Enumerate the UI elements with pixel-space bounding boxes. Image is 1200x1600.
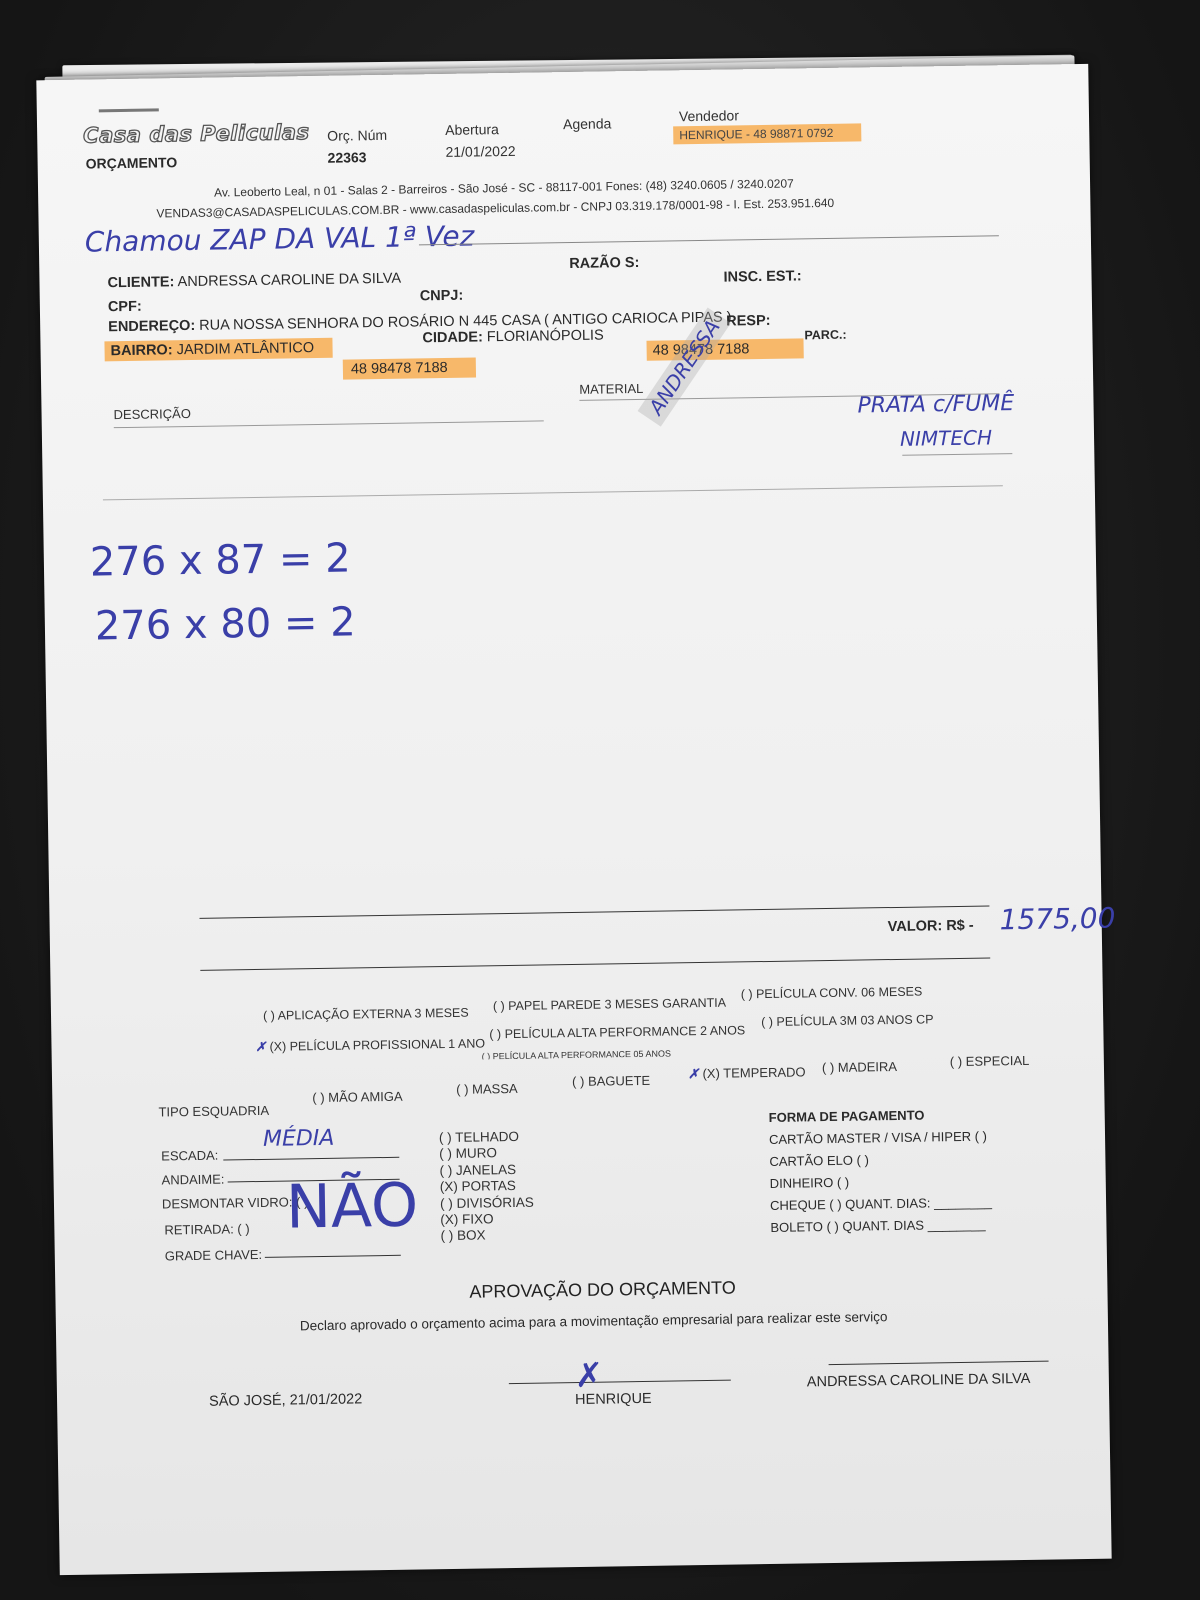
option-aplicacao-externa[interactable]: ( ) APLICAÇÃO EXTERNA 3 MESES: [263, 1006, 469, 1023]
measure-line-1: 276 x 87 = 2: [90, 535, 351, 585]
location-fixo[interactable]: (X) FIXO: [440, 1211, 534, 1229]
client-signature-line[interactable]: [829, 1361, 1049, 1365]
grade-chave-label: GRADE CHAVE:: [165, 1247, 263, 1264]
approval-title: APROVAÇÃO DO ORÇAMENTO: [469, 1278, 736, 1303]
esquadria-massa[interactable]: ( ) MASSA: [456, 1081, 518, 1097]
cidade-row: CIDADE: FLORIANÓPOLIS: [422, 327, 604, 346]
option-pelicula-alta-5-partial: ( ) PELÍCULA ALTA PERFORMANCE 05 ANOS: [482, 1049, 671, 1060]
option-pelicula-profissional[interactable]: ✗ (X) PELÍCULA PROFISSIONAL 1 ANO: [255, 1035, 485, 1054]
approval-declaration: Declaro aprovado o orçamento acima para …: [300, 1309, 888, 1333]
seller-signature-icon: ✗: [574, 1356, 603, 1396]
endereco-row: ENDEREÇO: RUA NOSSA SENHORA DO ROSÁRIO N…: [108, 309, 732, 335]
measure-line-2: 276 x 80 = 2: [95, 599, 356, 649]
valor-label: VALOR: R$ -: [888, 918, 974, 935]
escada-value: MÉDIA: [263, 1126, 335, 1152]
location-telhado[interactable]: ( ) TELHADO: [439, 1129, 533, 1147]
bairro-value: JARDIM ATLÂNTICO: [177, 340, 315, 358]
valor-line-top: [199, 905, 989, 918]
cliente-label: CLIENTE:: [107, 274, 174, 291]
doc-type: ORÇAMENTO: [86, 154, 178, 171]
abertura-date: 21/01/2022: [445, 143, 515, 160]
header-mark: [99, 108, 159, 112]
esquadria-especial[interactable]: ( ) ESPECIAL: [950, 1053, 1030, 1069]
company-address: Av. Leoberto Leal, n 01 - Salas 2 - Barr…: [214, 176, 794, 199]
retirada[interactable]: RETIRADA: ( ): [164, 1221, 249, 1237]
cpf-label: CPF:: [108, 299, 142, 316]
agenda-label: Agenda: [563, 115, 612, 132]
note-underline: [419, 235, 999, 245]
valor-amount: 1575,00: [999, 902, 1115, 937]
descricao-line: [114, 420, 544, 428]
handwritten-note: Chamou ZAP DA VAL 1ª Vez: [85, 219, 475, 258]
escada-label: ESCADA:: [161, 1148, 218, 1164]
check-mark-icon: ✗: [255, 1040, 266, 1054]
bairro-row: BAIRRO: JARDIM ATLÂNTICO: [104, 338, 332, 362]
phone-primary: 48 98478 7188: [343, 357, 476, 379]
abertura-label: Abertura: [445, 121, 499, 138]
payment-block: FORMA DE PAGAMENTO CARTÃO MASTER / VISA …: [769, 1103, 993, 1238]
insc-est-label: INSC. EST.:: [723, 268, 801, 285]
company-contact: VENDAS3@CASADASPELICULAS.COM.BR - www.ca…: [156, 196, 834, 221]
orc-num-label: Orç. Núm: [327, 127, 387, 144]
resp-label: RESP:: [726, 313, 771, 330]
nao-handwritten: NÃO: [286, 1170, 419, 1242]
section-divider: [103, 485, 1003, 500]
esquadria-mao-amiga[interactable]: ( ) MÃO AMIGA: [312, 1089, 403, 1105]
place-date: SÃO JOSÉ, 21/01/2022: [209, 1391, 362, 1409]
material-handwritten-1: PRATA c/FUMÊ: [857, 391, 1014, 418]
escada-line[interactable]: [223, 1157, 399, 1161]
esquadria-baguete[interactable]: ( ) BAGUETE: [572, 1073, 650, 1089]
client-name: ANDRESSA CAROLINE DA SILVA: [807, 1371, 1031, 1391]
payment-boleto[interactable]: BOLETO ( ) QUANT. DIAS ________: [770, 1213, 992, 1238]
esquadria-madeira[interactable]: ( ) MADEIRA: [822, 1059, 897, 1075]
vendedor-value: HENRIQUE - 48 98871 0792: [673, 123, 861, 144]
material-line-2: [902, 453, 1012, 456]
company-logo: Casa das Peliculas: [83, 120, 310, 148]
option-papel-parede[interactable]: ( ) PAPEL PAREDE 3 MESES GARANTIA: [493, 996, 726, 1014]
cidade-label: CIDADE:: [422, 329, 483, 346]
option-pelicula-conv[interactable]: ( ) PELÍCULA CONV. 06 MESES: [741, 985, 923, 1002]
phone-secondary: 48 98478 7188: [646, 338, 803, 360]
valor-line-bottom: [200, 957, 990, 970]
orc-num: 22363: [327, 149, 366, 166]
location-divisorias[interactable]: ( ) DIVISÓRIAS: [440, 1194, 534, 1212]
location-janelas[interactable]: ( ) JANELAS: [439, 1161, 533, 1179]
material-label: MATERIAL: [579, 381, 643, 397]
payment-cartao-master[interactable]: CARTÃO MASTER / VISA / HIPER ( ): [769, 1125, 991, 1150]
location-muro[interactable]: ( ) MURO: [439, 1145, 533, 1163]
location-list: ( ) TELHADO ( ) MURO ( ) JANELAS (X) POR…: [439, 1129, 535, 1245]
option-pelicula-alta-2[interactable]: ( ) PELÍCULA ALTA PERFORMANCE 2 ANOS: [489, 1023, 745, 1041]
material-handwritten-2: NIMTECH: [900, 425, 992, 450]
cnpj-label: CNPJ:: [420, 288, 464, 305]
cidade-value: FLORIANÓPOLIS: [487, 327, 604, 345]
seller-name: HENRIQUE: [575, 1391, 652, 1408]
cliente-row: CLIENTE: ANDRESSA CAROLINE DA SILVA: [107, 271, 401, 292]
razao-label: RAZÃO S:: [569, 255, 639, 272]
seller-signature-line[interactable]: [509, 1380, 731, 1384]
cliente-value: ANDRESSA CAROLINE DA SILVA: [177, 271, 401, 291]
location-portas[interactable]: (X) PORTAS: [440, 1178, 534, 1196]
descricao-label: DESCRIÇÃO: [113, 406, 191, 422]
option-pelicula-3m[interactable]: ( ) PELÍCULA 3M 03 ANOS CP: [761, 1012, 933, 1029]
check-mark-icon: ✗: [688, 1066, 699, 1081]
bairro-label: BAIRRO:: [110, 342, 172, 359]
parc-label: PARC.:: [804, 328, 846, 343]
vendedor-label: Vendedor: [679, 107, 739, 124]
endereco-label: ENDEREÇO:: [108, 318, 195, 335]
quote-document: Casa das Peliculas ORÇAMENTO Orç. Núm 22…: [36, 64, 1111, 1575]
esquadria-label: TIPO ESQUADRIA: [158, 1103, 269, 1120]
esquadria-temperado[interactable]: ✗ (X) TEMPERADO: [688, 1064, 806, 1082]
grade-chave-line[interactable]: [265, 1255, 401, 1258]
andaime-label: ANDAIME:: [161, 1172, 224, 1188]
location-box[interactable]: ( ) BOX: [440, 1227, 534, 1245]
